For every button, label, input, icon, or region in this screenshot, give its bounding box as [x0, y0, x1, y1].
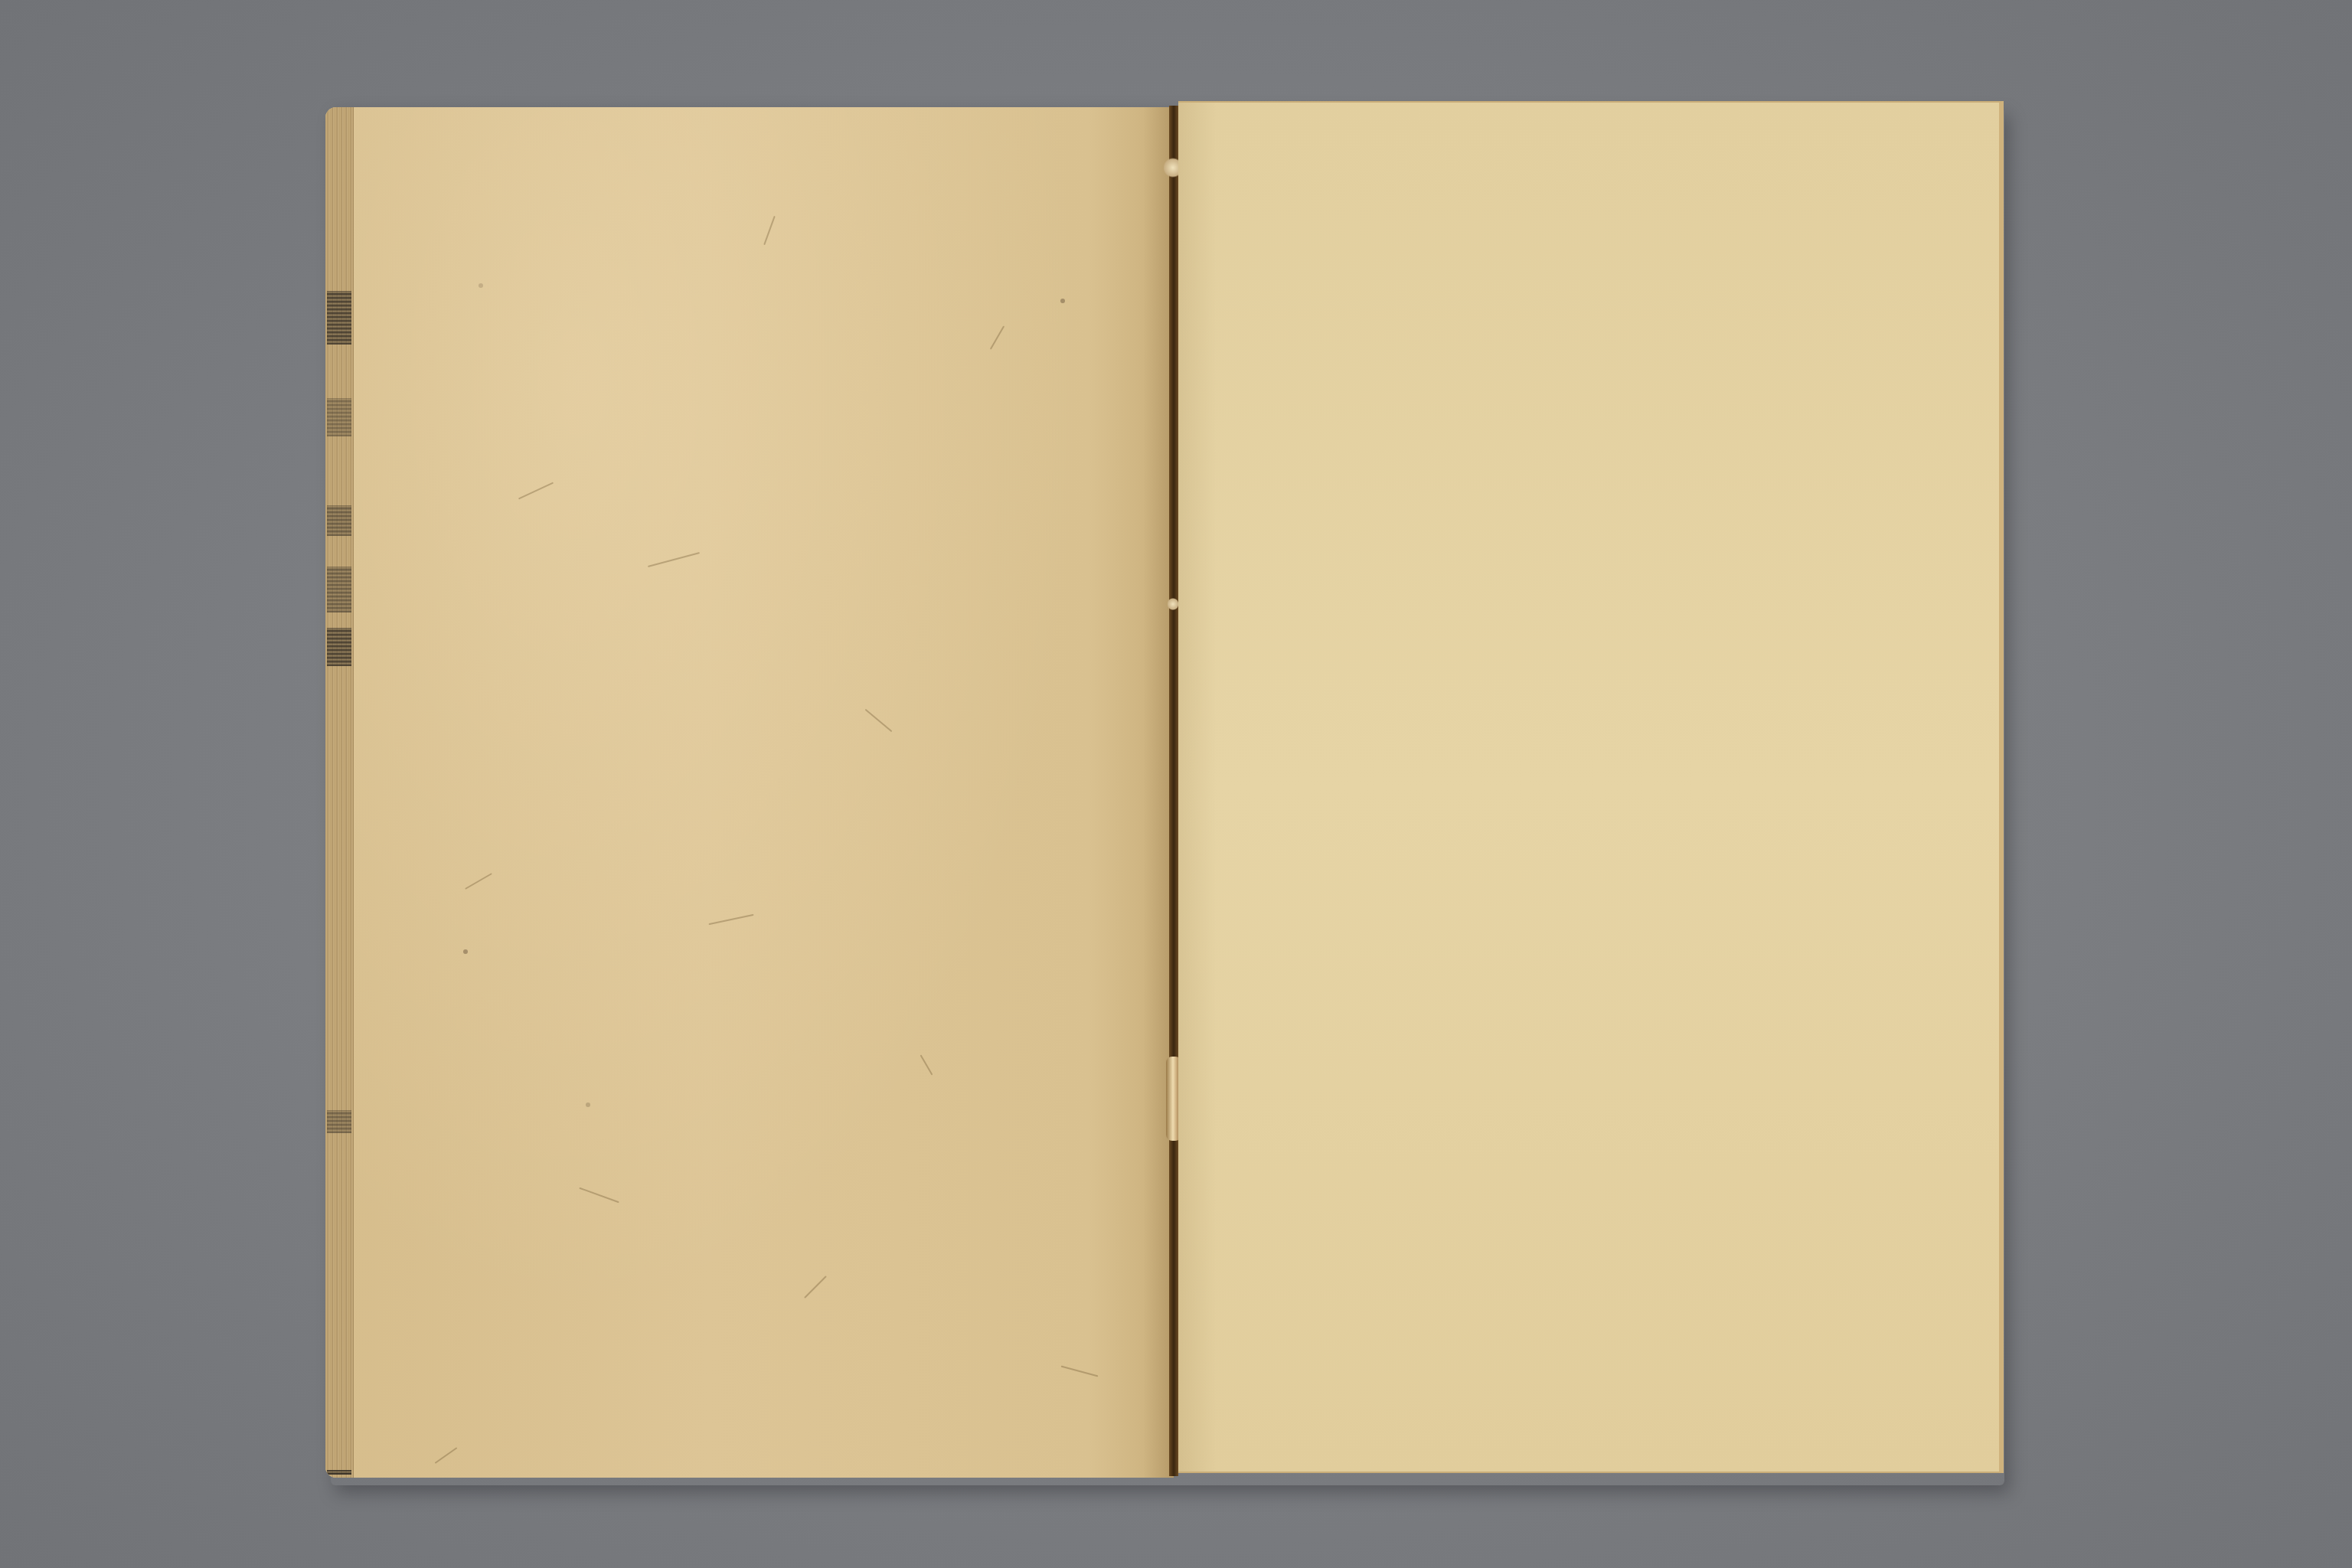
photo-scene: [0, 0, 2352, 1568]
paper-speck: [586, 1102, 590, 1107]
paper-fiber: [435, 1447, 458, 1464]
fore-edge-ink-mark: [327, 505, 351, 536]
right-page: [1178, 101, 2004, 1473]
paper-fiber: [465, 873, 492, 890]
fore-edge: [325, 107, 354, 1478]
paper-speck: [1060, 299, 1065, 303]
fore-edge-ink-mark: [327, 1470, 351, 1475]
paper-fiber: [648, 552, 700, 567]
paper-fiber: [804, 1276, 827, 1298]
fore-edge-ink-mark: [327, 567, 351, 612]
fore-edge-ink-mark: [327, 398, 351, 436]
binding-stitch: [1168, 597, 1178, 611]
fore-edge-ink-mark: [327, 628, 351, 666]
paper-fiber: [920, 1055, 933, 1076]
book-gutter: [1169, 106, 1178, 1476]
paper-fiber: [763, 216, 776, 245]
left-page: [325, 107, 1174, 1478]
paper-speck: [463, 949, 468, 954]
paper-fiber: [865, 709, 893, 732]
paper-fiber: [990, 325, 1004, 349]
fore-edge-ink-mark: [327, 291, 351, 345]
paper-fiber: [1061, 1366, 1099, 1377]
paper-fiber: [708, 914, 753, 925]
paper-fiber: [579, 1187, 619, 1204]
fore-edge-ink-mark: [327, 1110, 351, 1133]
paper-fiber: [518, 482, 554, 500]
paper-speck: [479, 283, 483, 288]
